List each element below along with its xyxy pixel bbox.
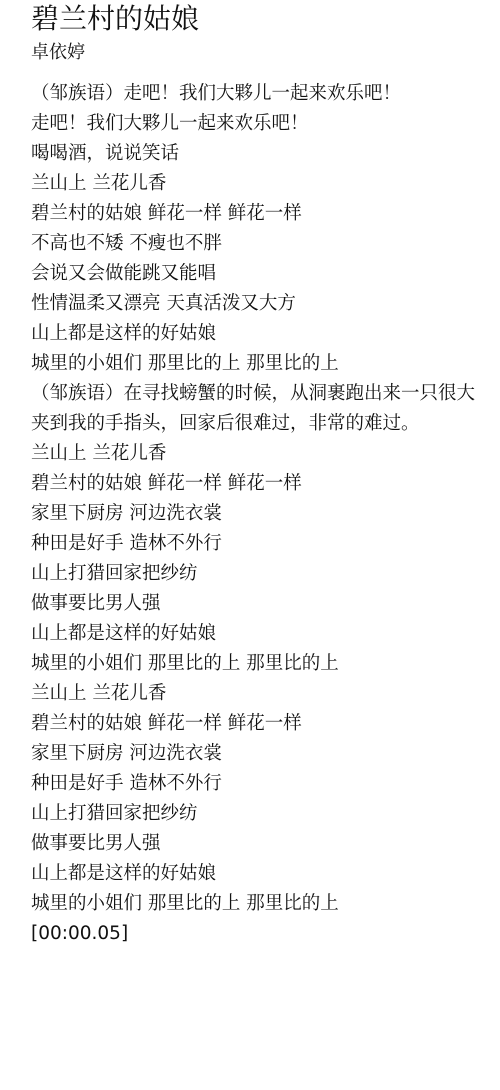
- lyric-line: 山上都是这样的好姑娘: [31, 319, 500, 349]
- lyric-line: 山上都是这样的好姑娘: [31, 619, 500, 649]
- lyric-line: 做事要比男人强: [31, 589, 500, 619]
- lyric-line: 兰山上 兰花儿香: [31, 679, 500, 709]
- lyric-line: 城里的小姐们 那里比的上 那里比的上: [31, 649, 500, 679]
- lyric-line: 城里的小姐们 那里比的上 那里比的上: [31, 889, 500, 919]
- lyric-line: 不高也不矮 不瘦也不胖: [31, 229, 500, 259]
- lyric-line: 山上都是这样的好姑娘: [31, 859, 500, 889]
- lyric-line: （邹族语）在寻找螃蟹的时候，从洞裹跑出来一只很大: [31, 379, 500, 409]
- lyric-line: 做事要比男人强: [31, 829, 500, 859]
- lyric-line: 种田是好手 造林不外行: [31, 529, 500, 559]
- lyric-line: 喝喝酒，说说笑话: [31, 139, 500, 169]
- lyric-line: 兰山上 兰花儿香: [31, 439, 500, 469]
- lyrics-page: 碧兰村的姑娘 卓依婷 （邹族语）走吧！我们大夥儿一起来欢乐吧！ 走吧！我们大夥儿…: [31, 0, 500, 949]
- lyric-line: 会说又会做能跳又能唱: [31, 259, 500, 289]
- lyrics-list: （邹族语）走吧！我们大夥儿一起来欢乐吧！ 走吧！我们大夥儿一起来欢乐吧！ 喝喝酒…: [31, 79, 500, 949]
- lyric-line: 碧兰村的姑娘 鲜花一样 鲜花一样: [31, 709, 500, 739]
- lyric-line: 走吧！我们大夥儿一起来欢乐吧！: [31, 109, 500, 139]
- lyric-line: （邹族语）走吧！我们大夥儿一起来欢乐吧！: [31, 79, 500, 109]
- lyric-line: 山上打猎回家把纱纺: [31, 799, 500, 829]
- lyric-line: 夹到我的手指头，回家后很难过，非常的难过。: [31, 409, 500, 439]
- lyric-line: 碧兰村的姑娘 鲜花一样 鲜花一样: [31, 199, 500, 229]
- lyric-line: 兰山上 兰花儿香: [31, 169, 500, 199]
- lyric-line: 家里下厨房 河边洗衣裳: [31, 739, 500, 769]
- artist-name: 卓依婷: [31, 39, 500, 67]
- lyric-line: 山上打猎回家把纱纺: [31, 559, 500, 589]
- lyric-timestamp: [00:00.05]: [31, 919, 500, 949]
- lyric-line: 家里下厨房 河边洗衣裳: [31, 499, 500, 529]
- lyric-line: 城里的小姐们 那里比的上 那里比的上: [31, 349, 500, 379]
- song-title: 碧兰村的姑娘: [31, 1, 500, 37]
- lyric-line: 种田是好手 造林不外行: [31, 769, 500, 799]
- lyric-line: 碧兰村的姑娘 鲜花一样 鲜花一样: [31, 469, 500, 499]
- lyric-line: 性情温柔又漂亮 天真活泼又大方: [31, 289, 500, 319]
